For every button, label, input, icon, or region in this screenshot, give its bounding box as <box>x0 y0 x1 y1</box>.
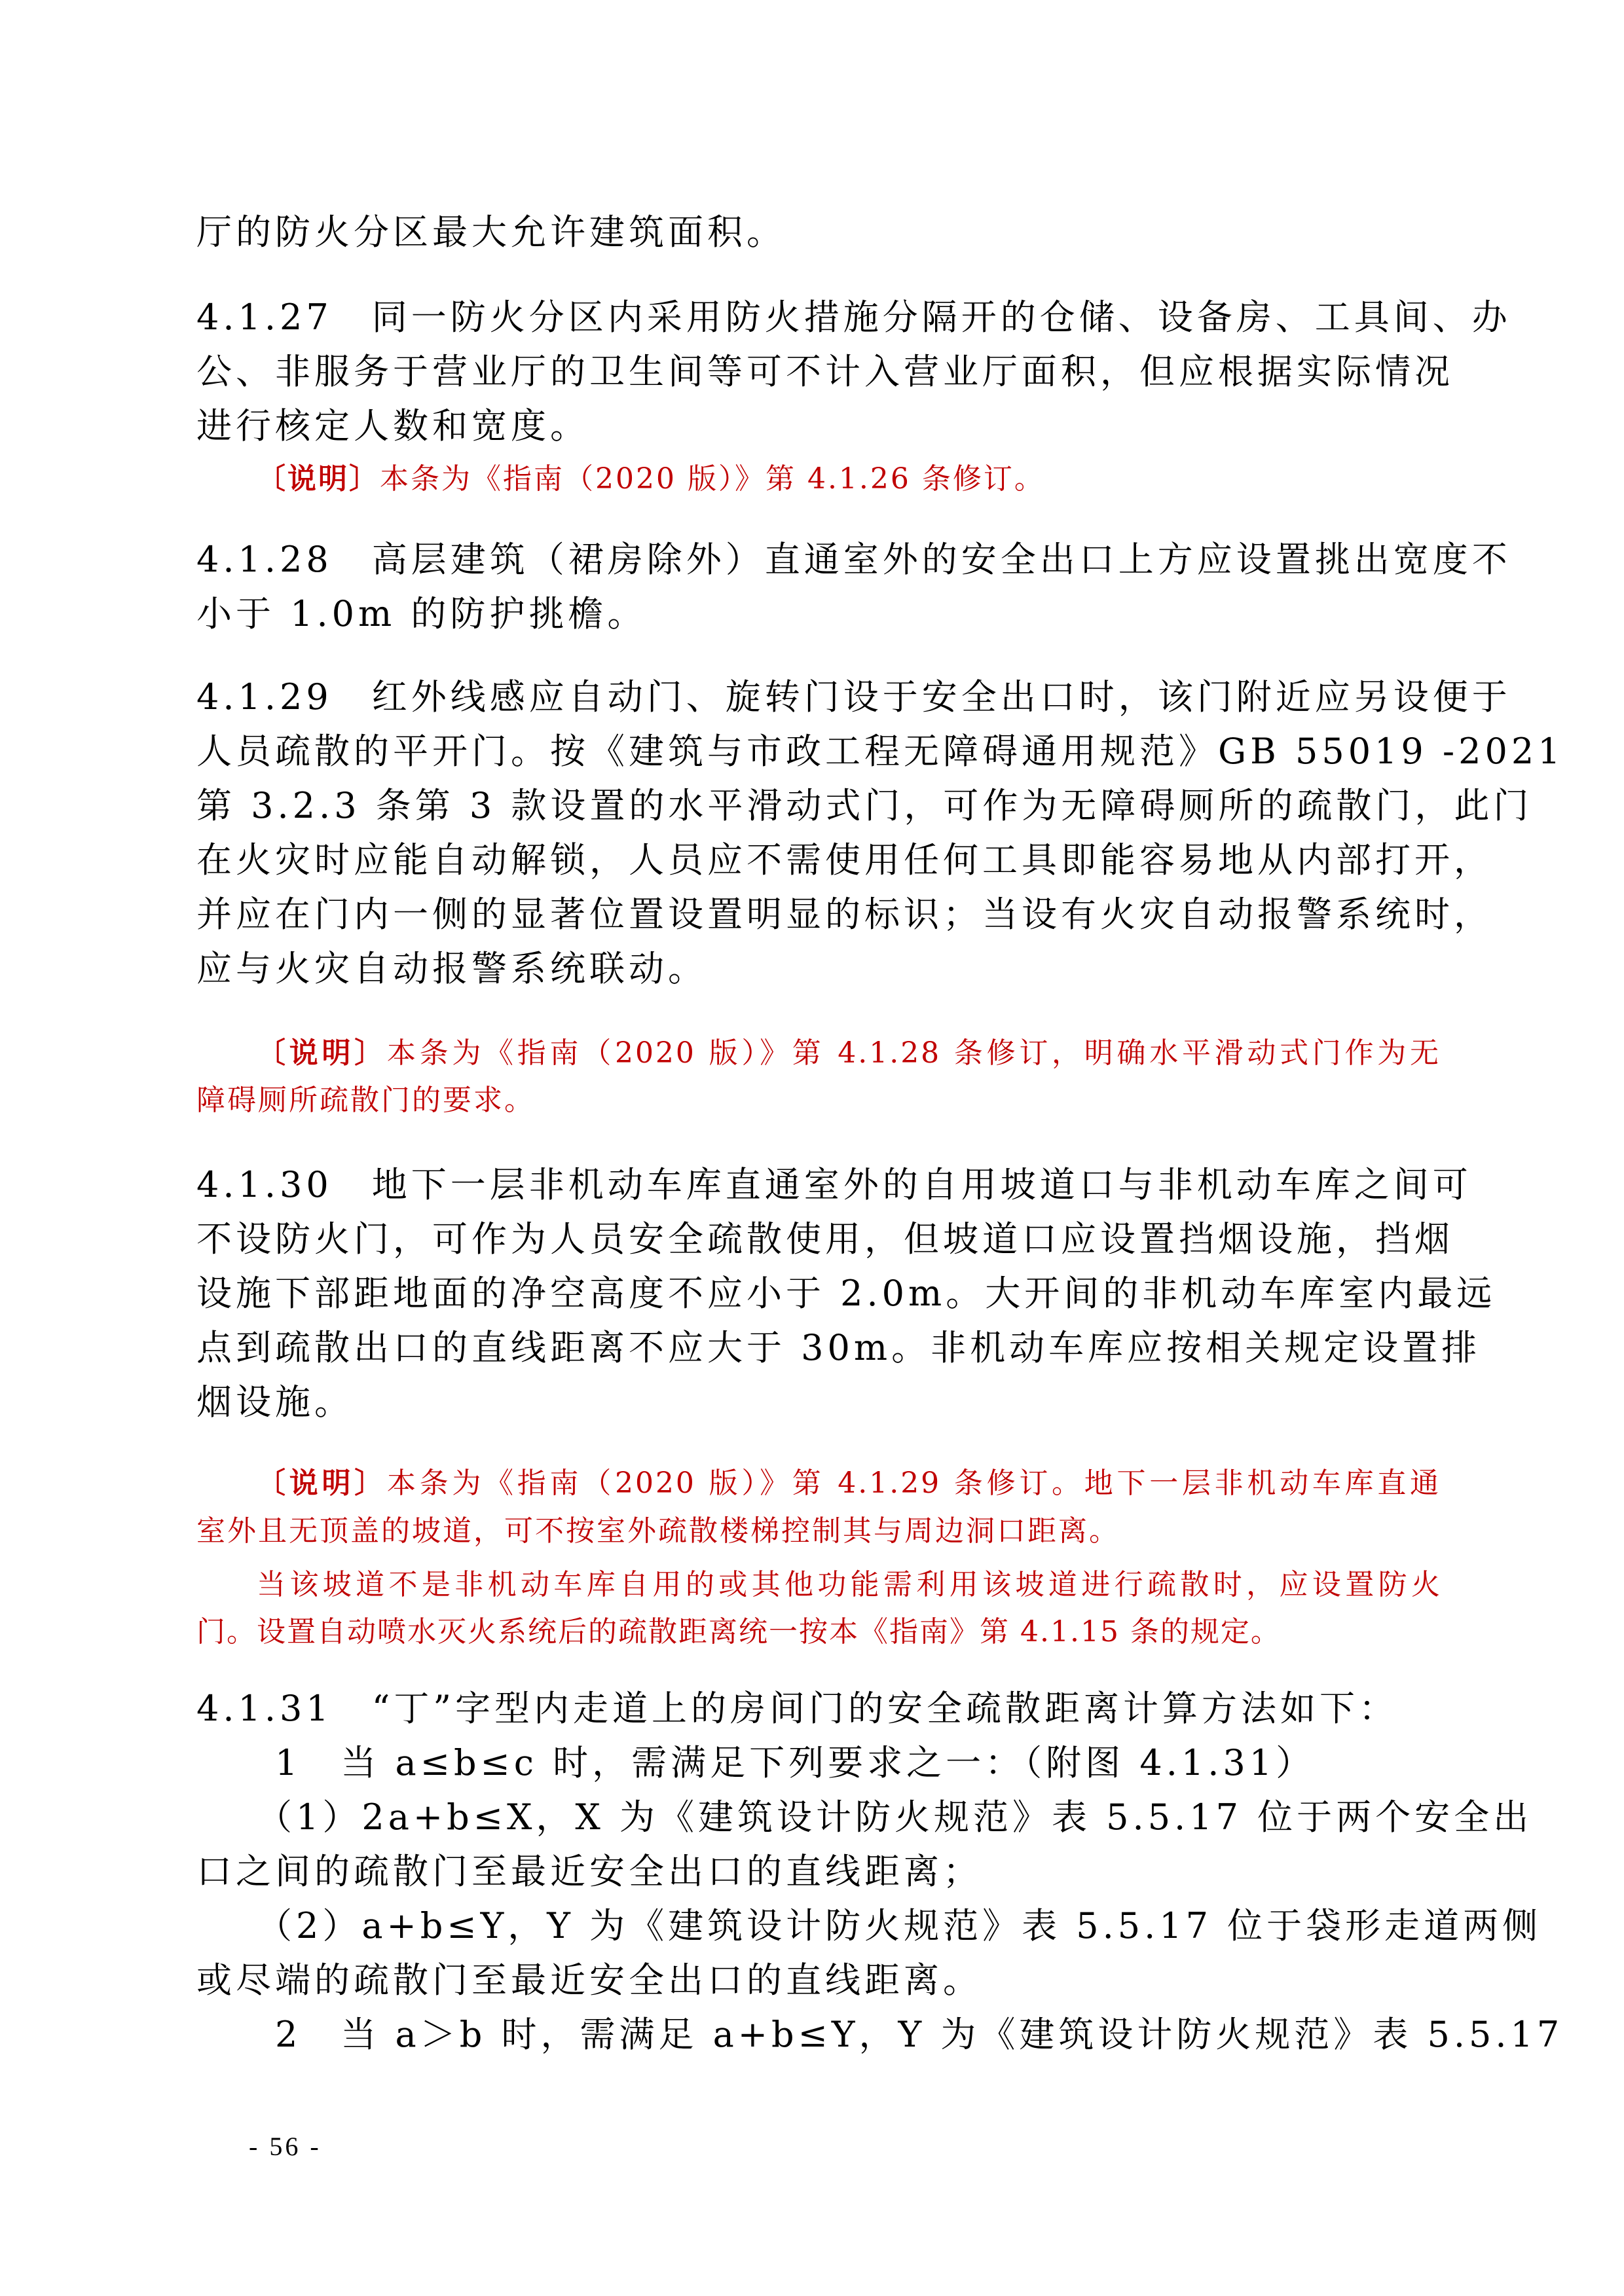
paragraph-continuation: 厅的防火分区最大允许建筑面积。 <box>196 213 786 252</box>
clause-4-1-31-item-2: 2 当 a＞b 时，需满足 a+b≤Y，Y 为《建筑设计防火规范》表 5.5.1… <box>275 2015 1441 2054</box>
note-4-1-30-line-3: 当该坡道不是非机动车库自用的或其他功能需利用该坡道进行疏散时，应设置防火 <box>257 1568 1441 1602</box>
clause-4-1-28-line-1: 4.1.28 高层建筑（裙房除外）直通室外的安全出口上方应设置挑出宽度不 <box>196 540 1441 579</box>
clause-4-1-31-subitem-2-line-2: 或尽端的疏散门至最近安全出口的直线距离。 <box>196 1961 982 2000</box>
note-4-1-30-line-4: 门。设置自动喷水灭火系统后的疏散距离统一按本《指南》第 4.1.15 条的规定。 <box>196 1615 1281 1649</box>
page-number: - 56 - <box>249 2131 322 2162</box>
clause-4-1-29-line-6: 应与火灾自动报警系统联动。 <box>196 949 707 989</box>
clause-4-1-28-line-2: 小于 1.0m 的防护挑檐。 <box>196 594 646 634</box>
clause-4-1-27-line-2: 公、非服务于营业厅的卫生间等可不计入营业厅面积，但应根据实际情况 <box>196 352 1441 392</box>
clause-4-1-30-line-2: 不设防火门，可作为人员安全疏散使用，但坡道口应设置挡烟设施，挡烟 <box>196 1220 1441 1259</box>
clause-4-1-31-line-1: 4.1.31 “丁”字型内走道上的房间门的安全疏散距离计算方法如下： <box>196 1689 1398 1728</box>
clause-4-1-30-line-5: 烟设施。 <box>196 1383 354 1422</box>
clause-4-1-31-subitem-1-line-2: 口之间的疏散门至最近安全出口的直线距离； <box>196 1852 982 1891</box>
clause-4-1-29-line-2: 人员疏散的平开门。按《建筑与市政工程无障碍通用规范》GB 55019 -2021 <box>196 732 1441 771</box>
clause-4-1-27-line-1: 4.1.27 同一防火分区内采用防火措施分隔开的仓储、设备房、工具间、办 <box>196 298 1441 337</box>
clause-4-1-27-line-3: 进行核定人数和宽度。 <box>196 407 589 446</box>
note-tag: 〔说明〕 <box>257 1467 387 1500</box>
clause-4-1-29-line-1: 4.1.29 红外线感应自动门、旋转门设于安全出口时，该门附近应另设便于 <box>196 678 1441 717</box>
note-tag: 〔说明〕 <box>257 462 380 496</box>
note-tag: 〔说明〕 <box>257 1036 387 1070</box>
clause-4-1-31-item-1: 1 当 a≤b≤c 时，需满足下列要求之一：（附图 4.1.31） <box>275 1743 1315 1783</box>
note-4-1-30-line-1: 〔说明〕本条为《指南（2020 版）》第 4.1.29 条修订。地下一层非机动车… <box>257 1467 1441 1501</box>
clause-4-1-29-line-5: 并应在门内一侧的显著位置设置明显的标识；当设有火灾自动报警系统时， <box>196 895 1441 934</box>
note-4-1-30-line-2: 室外且无顶盖的坡道，可不按室外疏散楼梯控制其与周边洞口距离。 <box>196 1514 1120 1548</box>
clause-4-1-29-line-4: 在火灾时应能自动解锁，人员应不需使用任何工具即能容易地从内部打开， <box>196 841 1441 880</box>
note-4-1-29-line-2: 障碍厕所疏散门的要求。 <box>196 1084 535 1118</box>
clause-4-1-31-subitem-2-line-1: （2）a+b≤Y，Y 为《建筑设计防火规范》表 5.5.17 位于袋形走道两侧 <box>257 1906 1441 1946</box>
clause-4-1-31-subitem-1-line-1: （1）2a+b≤X，X 为《建筑设计防火规范》表 5.5.17 位于两个安全出 <box>257 1798 1441 1837</box>
clause-4-1-30-line-1: 4.1.30 地下一层非机动车库直通室外的自用坡道口与非机动车库之间可 <box>196 1165 1441 1205</box>
clause-4-1-29-line-3: 第 3.2.3 条第 3 款设置的水平滑动式门，可作为无障碍厕所的疏散门，此门 <box>196 786 1441 826</box>
clause-4-1-30-line-4: 点到疏散出口的直线距离不应大于 30m。非机动车库应按相关规定设置排 <box>196 1328 1441 1368</box>
note-4-1-29-line-1: 〔说明〕本条为《指南（2020 版）》第 4.1.28 条修订，明确水平滑动式门… <box>257 1036 1441 1070</box>
note-4-1-27: 〔说明〕本条为《指南（2020 版）》第 4.1.26 条修订。 <box>257 462 1045 496</box>
clause-4-1-30-line-3: 设施下部距地面的净空高度不应小于 2.0m。大开间的非机动车库室内最远 <box>196 1274 1441 1313</box>
